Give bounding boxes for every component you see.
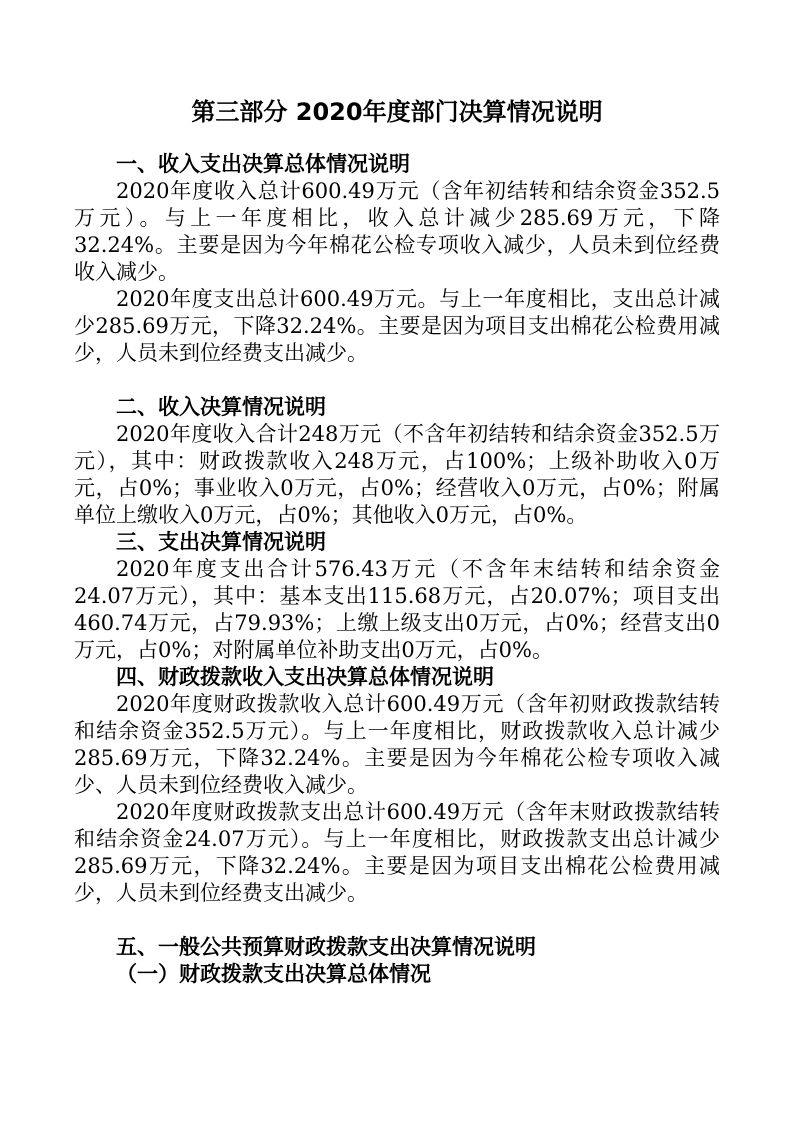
section-heading: 一、收入支出决算总体情况说明 — [74, 151, 720, 178]
paragraph: 2020年度财政拨款收入总计600.49万元（含年初财政拨款结转和结余资金352… — [74, 691, 720, 799]
section-fiscal-appropriation-overview: 四、财政拨款收入支出决算总体情况说明 2020年度财政拨款收入总计600.49万… — [74, 664, 720, 907]
document-page: 第三部分 2020年度部门决算情况说明 一、收入支出决算总体情况说明 2020年… — [0, 0, 793, 1122]
section-heading: 三、支出决算情况说明 — [74, 529, 720, 556]
paragraph: 2020年度支出合计576.43万元（不含年末结转和结余资金24.07万元），其… — [74, 556, 720, 664]
section-heading: 二、收入决算情况说明 — [74, 394, 720, 421]
paragraph: 2020年度支出总计600.49万元。与上一年度相比，支出总计减少285.69万… — [74, 286, 720, 367]
document-title: 第三部分 2020年度部门决算情况说明 — [74, 97, 720, 128]
paragraph: 2020年度财政拨款支出总计600.49万元（含年末财政拨款结转和结余资金24.… — [74, 799, 720, 907]
section-heading: 五、一般公共预算财政拨款支出决算情况说明 — [74, 934, 720, 961]
paragraph: 2020年度收入合计248万元（不含年初结转和结余资金352.5万元），其中：财… — [74, 421, 720, 529]
section-income-final-accounts: 二、收入决算情况说明 2020年度收入合计248万元（不含年初结转和结余资金35… — [74, 394, 720, 529]
section-general-public-budget: 五、一般公共预算财政拨款支出决算情况说明 （一）财政拨款支出决算总体情况 — [74, 934, 720, 988]
section-expense-final-accounts: 三、支出决算情况说明 2020年度支出合计576.43万元（不含年末结转和结余资… — [74, 529, 720, 664]
section-subheading: （一）财政拨款支出决算总体情况 — [74, 961, 720, 988]
section-income-expense-overview: 一、收入支出决算总体情况说明 2020年度收入总计600.49万元（含年初结转和… — [74, 151, 720, 367]
section-heading: 四、财政拨款收入支出决算总体情况说明 — [74, 664, 720, 691]
paragraph: 2020年度收入总计600.49万元（含年初结转和结余资金352.5万元）。与上… — [74, 178, 720, 286]
